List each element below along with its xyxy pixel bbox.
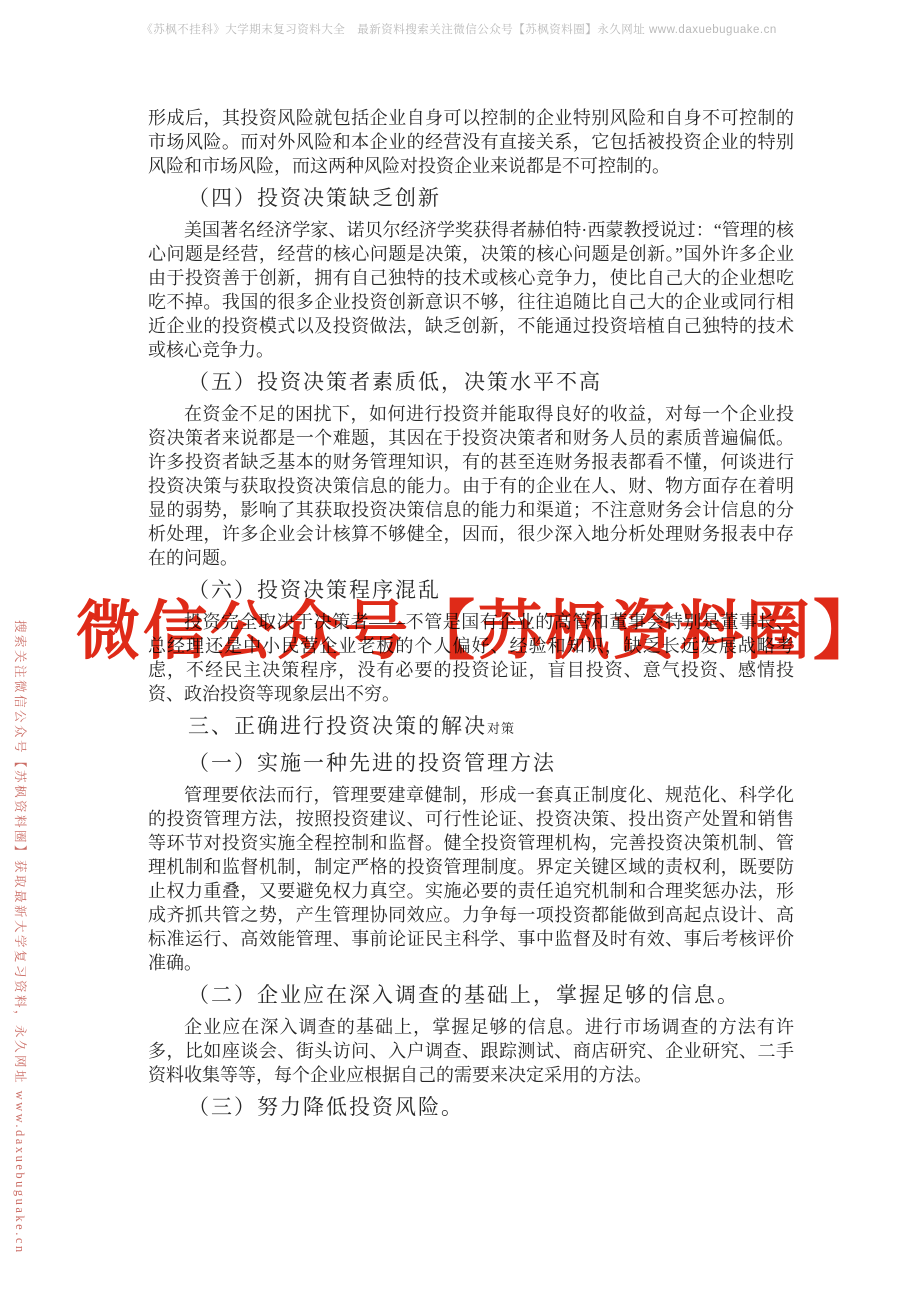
- paragraph: 投资完全取决于决策者——不管是国有企业的高管和董事会特别是董事长、总经理还是中小…: [148, 610, 794, 706]
- watermark-vertical-left: 搜索关注微信公众号【苏枫资料圈】获取最新大学复习资料，永久网址 www.daxu…: [12, 620, 27, 1255]
- section-heading-5: （五）投资决策者素质低，决策水平不高: [148, 368, 794, 396]
- section-heading-2: （二）企业应在深入调查的基础上，掌握足够的信息。: [148, 981, 794, 1009]
- document-page: 《苏枫不挂科》大学期末复习资料大全 最新资料搜索关注微信公众号【苏枫资料圈】永久…: [0, 0, 918, 1298]
- chapter-heading-suffix: 对策: [487, 721, 515, 736]
- section-heading-3b: （三）努力降低投资风险。: [148, 1093, 794, 1121]
- paragraph: 企业应在深入调查的基础上，掌握足够的信息。进行市场调查的方法有许多，比如座谈会、…: [148, 1015, 794, 1087]
- section-heading-1: （一）实施一种先进的投资管理方法: [148, 749, 794, 777]
- section-heading-4: （四）投资决策缺乏创新: [148, 184, 794, 212]
- page-header-note: 《苏枫不挂科》大学期末复习资料大全 最新资料搜索关注微信公众号【苏枫资料圈】永久…: [0, 21, 918, 37]
- paragraph: 美国著名经济学家、诺贝尔经济学奖获得者赫伯特·西蒙教授说过：“管理的核心问题是经…: [148, 218, 794, 362]
- section-heading-6: （六）投资决策程序混乱: [148, 576, 794, 604]
- paragraph: 在资金不足的困扰下，如何进行投资并能取得良好的收益，对每一个企业投资决策者来说都…: [148, 402, 794, 570]
- paragraph: 管理要依法而行，管理要建章健制，形成一套真正制度化、规范化、科学化的投资管理方法…: [148, 783, 794, 975]
- chapter-heading-3: 三、正确进行投资决策的解决对策: [148, 712, 794, 743]
- document-body: 形成后，其投资风险就包括企业自身可以控制的企业特别风险和自身不可控制的市场风险。…: [148, 106, 794, 1127]
- chapter-heading-text: 三、正确进行投资决策的解决: [188, 714, 487, 738]
- paragraph-continued: 形成后，其投资风险就包括企业自身可以控制的企业特别风险和自身不可控制的市场风险。…: [148, 106, 794, 178]
